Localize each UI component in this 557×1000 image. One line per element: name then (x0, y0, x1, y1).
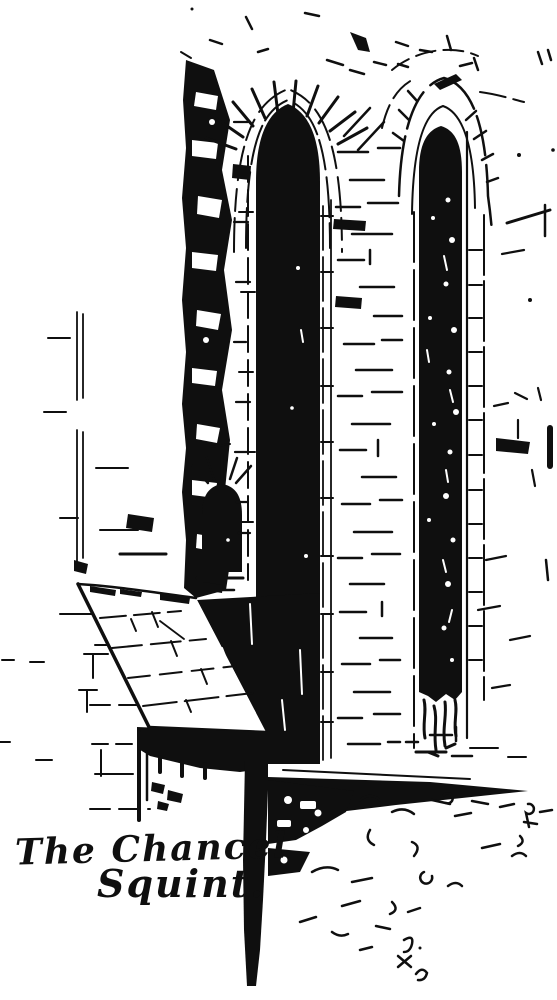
outer-arc-left (382, 80, 412, 128)
top-wall-marks (191, 8, 552, 75)
squint-opening (202, 484, 242, 572)
illustration-page: The Chancel Squint. (0, 0, 557, 1000)
sill-top-line (283, 770, 470, 779)
outer-arc-right (480, 92, 524, 102)
above-sill-marks (388, 727, 526, 757)
chancel-squint-drawing (0, 0, 557, 1000)
ink-blotch (350, 32, 370, 52)
rubble-stonework (300, 793, 552, 980)
rubble-shadow-patch (268, 780, 354, 876)
lower-glass-scribbles (424, 700, 456, 756)
apex-blotch (434, 74, 462, 90)
corner-shadow-strip (243, 760, 268, 986)
right-lancet-window (382, 50, 524, 756)
right-wall-stone-joints (478, 148, 555, 688)
right-jamb-joints (469, 250, 482, 660)
central-pier-stones (333, 108, 402, 744)
